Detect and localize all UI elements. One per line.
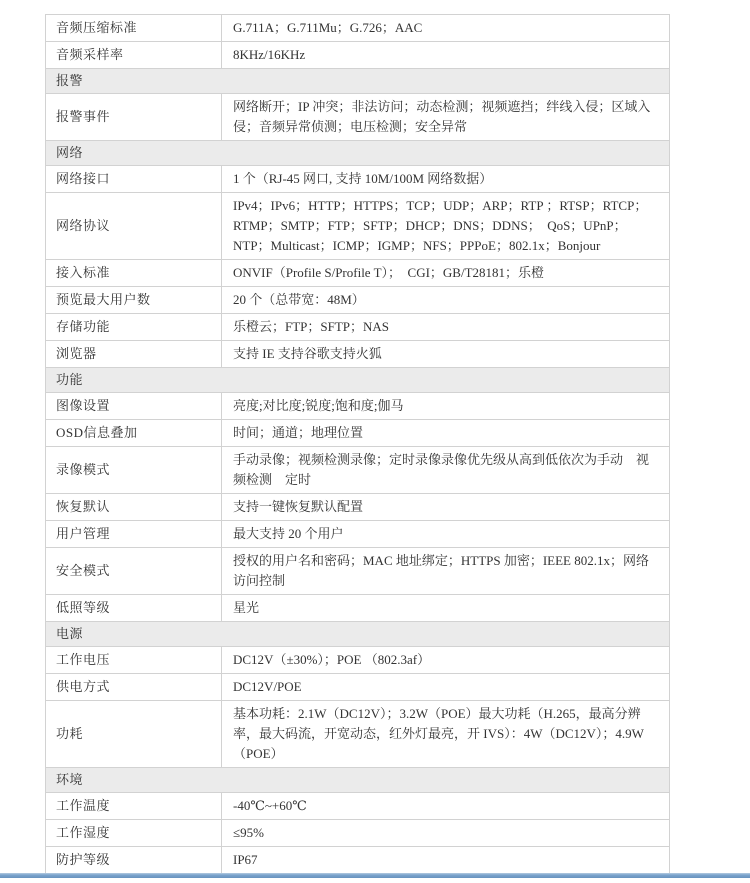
spec-label: 音频采样率 <box>46 42 222 69</box>
spec-label: 防护等级 <box>46 847 222 874</box>
spec-value: 授权的用户名和密码；MAC 地址绑定；HTTPS 加密；IEEE 802.1x；… <box>222 548 670 595</box>
spec-label: 预览最大用户数 <box>46 287 222 314</box>
spec-label: 工作电压 <box>46 647 222 674</box>
spec-label: 报警事件 <box>46 94 222 141</box>
spec-row: 音频压缩标准 G.711A；G.711Mu；G.726；AAC <box>46 15 670 42</box>
spec-value: 乐橙云；FTP；SFTP；NAS <box>222 314 670 341</box>
spec-row: 安全模式 授权的用户名和密码；MAC 地址绑定；HTTPS 加密；IEEE 80… <box>46 548 670 595</box>
spec-row: 工作电压 DC12V（±30%）；POE （802.3af） <box>46 647 670 674</box>
spec-value: 1 个（RJ-45 网口, 支持 10M/100M 网络数据） <box>222 166 670 193</box>
spec-label: 工作湿度 <box>46 820 222 847</box>
spec-label: 用户管理 <box>46 521 222 548</box>
spec-value: 星光 <box>222 595 670 622</box>
section-header-row: 功能 <box>46 368 670 393</box>
spec-document-page: 音频压缩标准 G.711A；G.711Mu；G.726；AAC 音频采样率 8K… <box>0 0 750 883</box>
spec-label: 恢复默认 <box>46 494 222 521</box>
spec-label: 存储功能 <box>46 314 222 341</box>
spec-row: 低照等级 星光 <box>46 595 670 622</box>
spec-row: 防护等级 IP67 <box>46 847 670 874</box>
spec-row: 浏览器 支持 IE 支持谷歌支持火狐 <box>46 341 670 368</box>
spec-label: 图像设置 <box>46 393 222 420</box>
spec-row: 音频采样率 8KHz/16KHz <box>46 42 670 69</box>
spec-row: 工作湿度 ≤95% <box>46 820 670 847</box>
spec-row: 图像设置 亮度;对比度;锐度;饱和度;伽马 <box>46 393 670 420</box>
spec-value: DC12V/POE <box>222 674 670 701</box>
section-title: 功能 <box>46 368 670 393</box>
spec-value: 亮度;对比度;锐度;饱和度;伽马 <box>222 393 670 420</box>
spec-row: 网络接口 1 个（RJ-45 网口, 支持 10M/100M 网络数据） <box>46 166 670 193</box>
spec-value: 基本功耗：2.1W（DC12V）；3.2W（POE）最大功耗（H.265，最高分… <box>222 701 670 768</box>
spec-row: 预览最大用户数 20 个（总带宽：48M） <box>46 287 670 314</box>
spec-row: 功耗 基本功耗：2.1W（DC12V）；3.2W（POE）最大功耗（H.265，… <box>46 701 670 768</box>
spec-value: 20 个（总带宽：48M） <box>222 287 670 314</box>
spec-value: 最大支持 20 个用户 <box>222 521 670 548</box>
spec-value: ≤95% <box>222 820 670 847</box>
bottom-accent-line <box>0 873 750 878</box>
spec-row: 用户管理 最大支持 20 个用户 <box>46 521 670 548</box>
spec-label: OSD信息叠加 <box>46 420 222 447</box>
spec-value: DC12V（±30%）；POE （802.3af） <box>222 647 670 674</box>
spec-label: 网络接口 <box>46 166 222 193</box>
spec-value: 手动录像；视频检测录像；定时录像录像优先级从高到低依次为手动 视频检测 定时 <box>222 447 670 494</box>
spec-label: 低照等级 <box>46 595 222 622</box>
spec-row: 录像模式 手动录像；视频检测录像；定时录像录像优先级从高到低依次为手动 视频检测… <box>46 447 670 494</box>
spec-row: 接入标准 ONVIF（Profile S/Profile T）； CGI；GB/… <box>46 260 670 287</box>
spec-label: 网络协议 <box>46 193 222 260</box>
section-title: 网络 <box>46 141 670 166</box>
spec-value: 网络断开；IP 冲突；非法访问；动态检测；视频遮挡；绊线入侵；区域入侵；音频异常… <box>222 94 670 141</box>
spec-label: 供电方式 <box>46 674 222 701</box>
spec-value: 8KHz/16KHz <box>222 42 670 69</box>
spec-row: 报警事件 网络断开；IP 冲突；非法访问；动态检测；视频遮挡；绊线入侵；区域入侵… <box>46 94 670 141</box>
spec-value: G.711A；G.711Mu；G.726；AAC <box>222 15 670 42</box>
spec-label: 接入标准 <box>46 260 222 287</box>
section-title: 电源 <box>46 622 670 647</box>
section-title: 环境 <box>46 768 670 793</box>
section-header-row: 网络 <box>46 141 670 166</box>
spec-row: 存储功能 乐橙云；FTP；SFTP；NAS <box>46 314 670 341</box>
spec-row: 网络协议 IPv4；IPv6；HTTP；HTTPS；TCP；UDP；ARP；RT… <box>46 193 670 260</box>
spec-value: -40℃~+60℃ <box>222 793 670 820</box>
spec-label: 浏览器 <box>46 341 222 368</box>
section-header-row: 电源 <box>46 622 670 647</box>
spec-value: 支持 IE 支持谷歌支持火狐 <box>222 341 670 368</box>
spec-value: IP67 <box>222 847 670 874</box>
spec-row: OSD信息叠加 时间；通道；地理位置 <box>46 420 670 447</box>
spec-label: 安全模式 <box>46 548 222 595</box>
section-header-row: 环境 <box>46 768 670 793</box>
spec-value: ONVIF（Profile S/Profile T）； CGI；GB/T2818… <box>222 260 670 287</box>
spec-value: 支持一键恢复默认配置 <box>222 494 670 521</box>
spec-row: 工作温度 -40℃~+60℃ <box>46 793 670 820</box>
section-title: 报警 <box>46 69 670 94</box>
spec-label: 工作温度 <box>46 793 222 820</box>
spec-label: 功耗 <box>46 701 222 768</box>
spec-value: IPv4；IPv6；HTTP；HTTPS；TCP；UDP；ARP；RTP ；RT… <box>222 193 670 260</box>
spec-value: 时间；通道；地理位置 <box>222 420 670 447</box>
spec-table: 音频压缩标准 G.711A；G.711Mu；G.726；AAC 音频采样率 8K… <box>45 14 670 874</box>
spec-row: 供电方式 DC12V/POE <box>46 674 670 701</box>
spec-label: 录像模式 <box>46 447 222 494</box>
section-header-row: 报警 <box>46 69 670 94</box>
spec-row: 恢复默认 支持一键恢复默认配置 <box>46 494 670 521</box>
spec-label: 音频压缩标准 <box>46 15 222 42</box>
